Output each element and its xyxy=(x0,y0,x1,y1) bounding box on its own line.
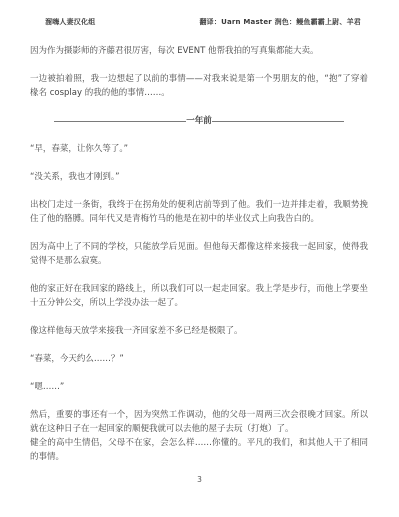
paragraph: 像这样他每天放学来接我一齐回家差不多已经是极限了。 xyxy=(30,324,368,338)
paragraph: 然后，重要的事还有一个，因为突然工作调动，他的父母一周两三次会很晚才回家。所以就… xyxy=(30,408,368,436)
paragraph: 因为高中上了不同的学校，只能放学后见面。但他每天都像这样来接我一起回家，使得我觉… xyxy=(30,240,368,268)
divider-label: 一年前 xyxy=(186,114,212,128)
dialogue-line: “嗯……” xyxy=(30,380,368,394)
divider-line-left xyxy=(54,121,186,122)
divider-line-right xyxy=(212,121,344,122)
paragraph: 一边被拍着照，我一边想起了以前的事情——对我来说是第一个男朋友的他，“抱”了穿着… xyxy=(30,72,368,100)
dialogue-line: “早，春菜，让你久等了。” xyxy=(30,142,368,156)
paragraph: 因为作为摄影师的齐藤君很厉害，每次 EVENT 他帮我拍的写真集都能大卖。 xyxy=(30,44,368,58)
dialogue-line: “春菜，今天约么……？” xyxy=(30,352,368,366)
document-page: 溜嗨人妻汉化组 翻译：Uarn Master 润色：鳗鱼霸霸上尉、羊君 因为作为… xyxy=(0,0,399,517)
scene-divider: 一年前 xyxy=(54,114,344,128)
paragraph: 健全的高中生情侣，父母不在家，会怎么样……你懂的。平凡的我们，和其他人干了相同的… xyxy=(30,436,368,464)
paragraph: 他的家正好在我回家的路线上，所以我们可以一起走回家。我上学是步行，而他上学要坐十… xyxy=(30,282,368,310)
story-text: 因为作为摄影师的齐藤君很厉害，每次 EVENT 他帮我拍的写真集都能大卖。 一边… xyxy=(0,27,399,464)
translator-credits: 翻译：Uarn Master 润色：鳗鱼霸霸上尉、羊君 xyxy=(199,17,361,27)
header: 溜嗨人妻汉化组 翻译：Uarn Master 润色：鳗鱼霸霸上尉、羊君 xyxy=(0,0,399,27)
dialogue-line: “没关系，我也才刚到。” xyxy=(30,170,368,184)
paragraph: 出校门走过一条街，我终于在拐角处的便利店前等到了他。我们一边并排走着，我顺势挽住… xyxy=(30,198,368,226)
page-number: 3 xyxy=(0,475,399,484)
scanlation-group-credit: 溜嗨人妻汉化组 xyxy=(45,17,95,27)
